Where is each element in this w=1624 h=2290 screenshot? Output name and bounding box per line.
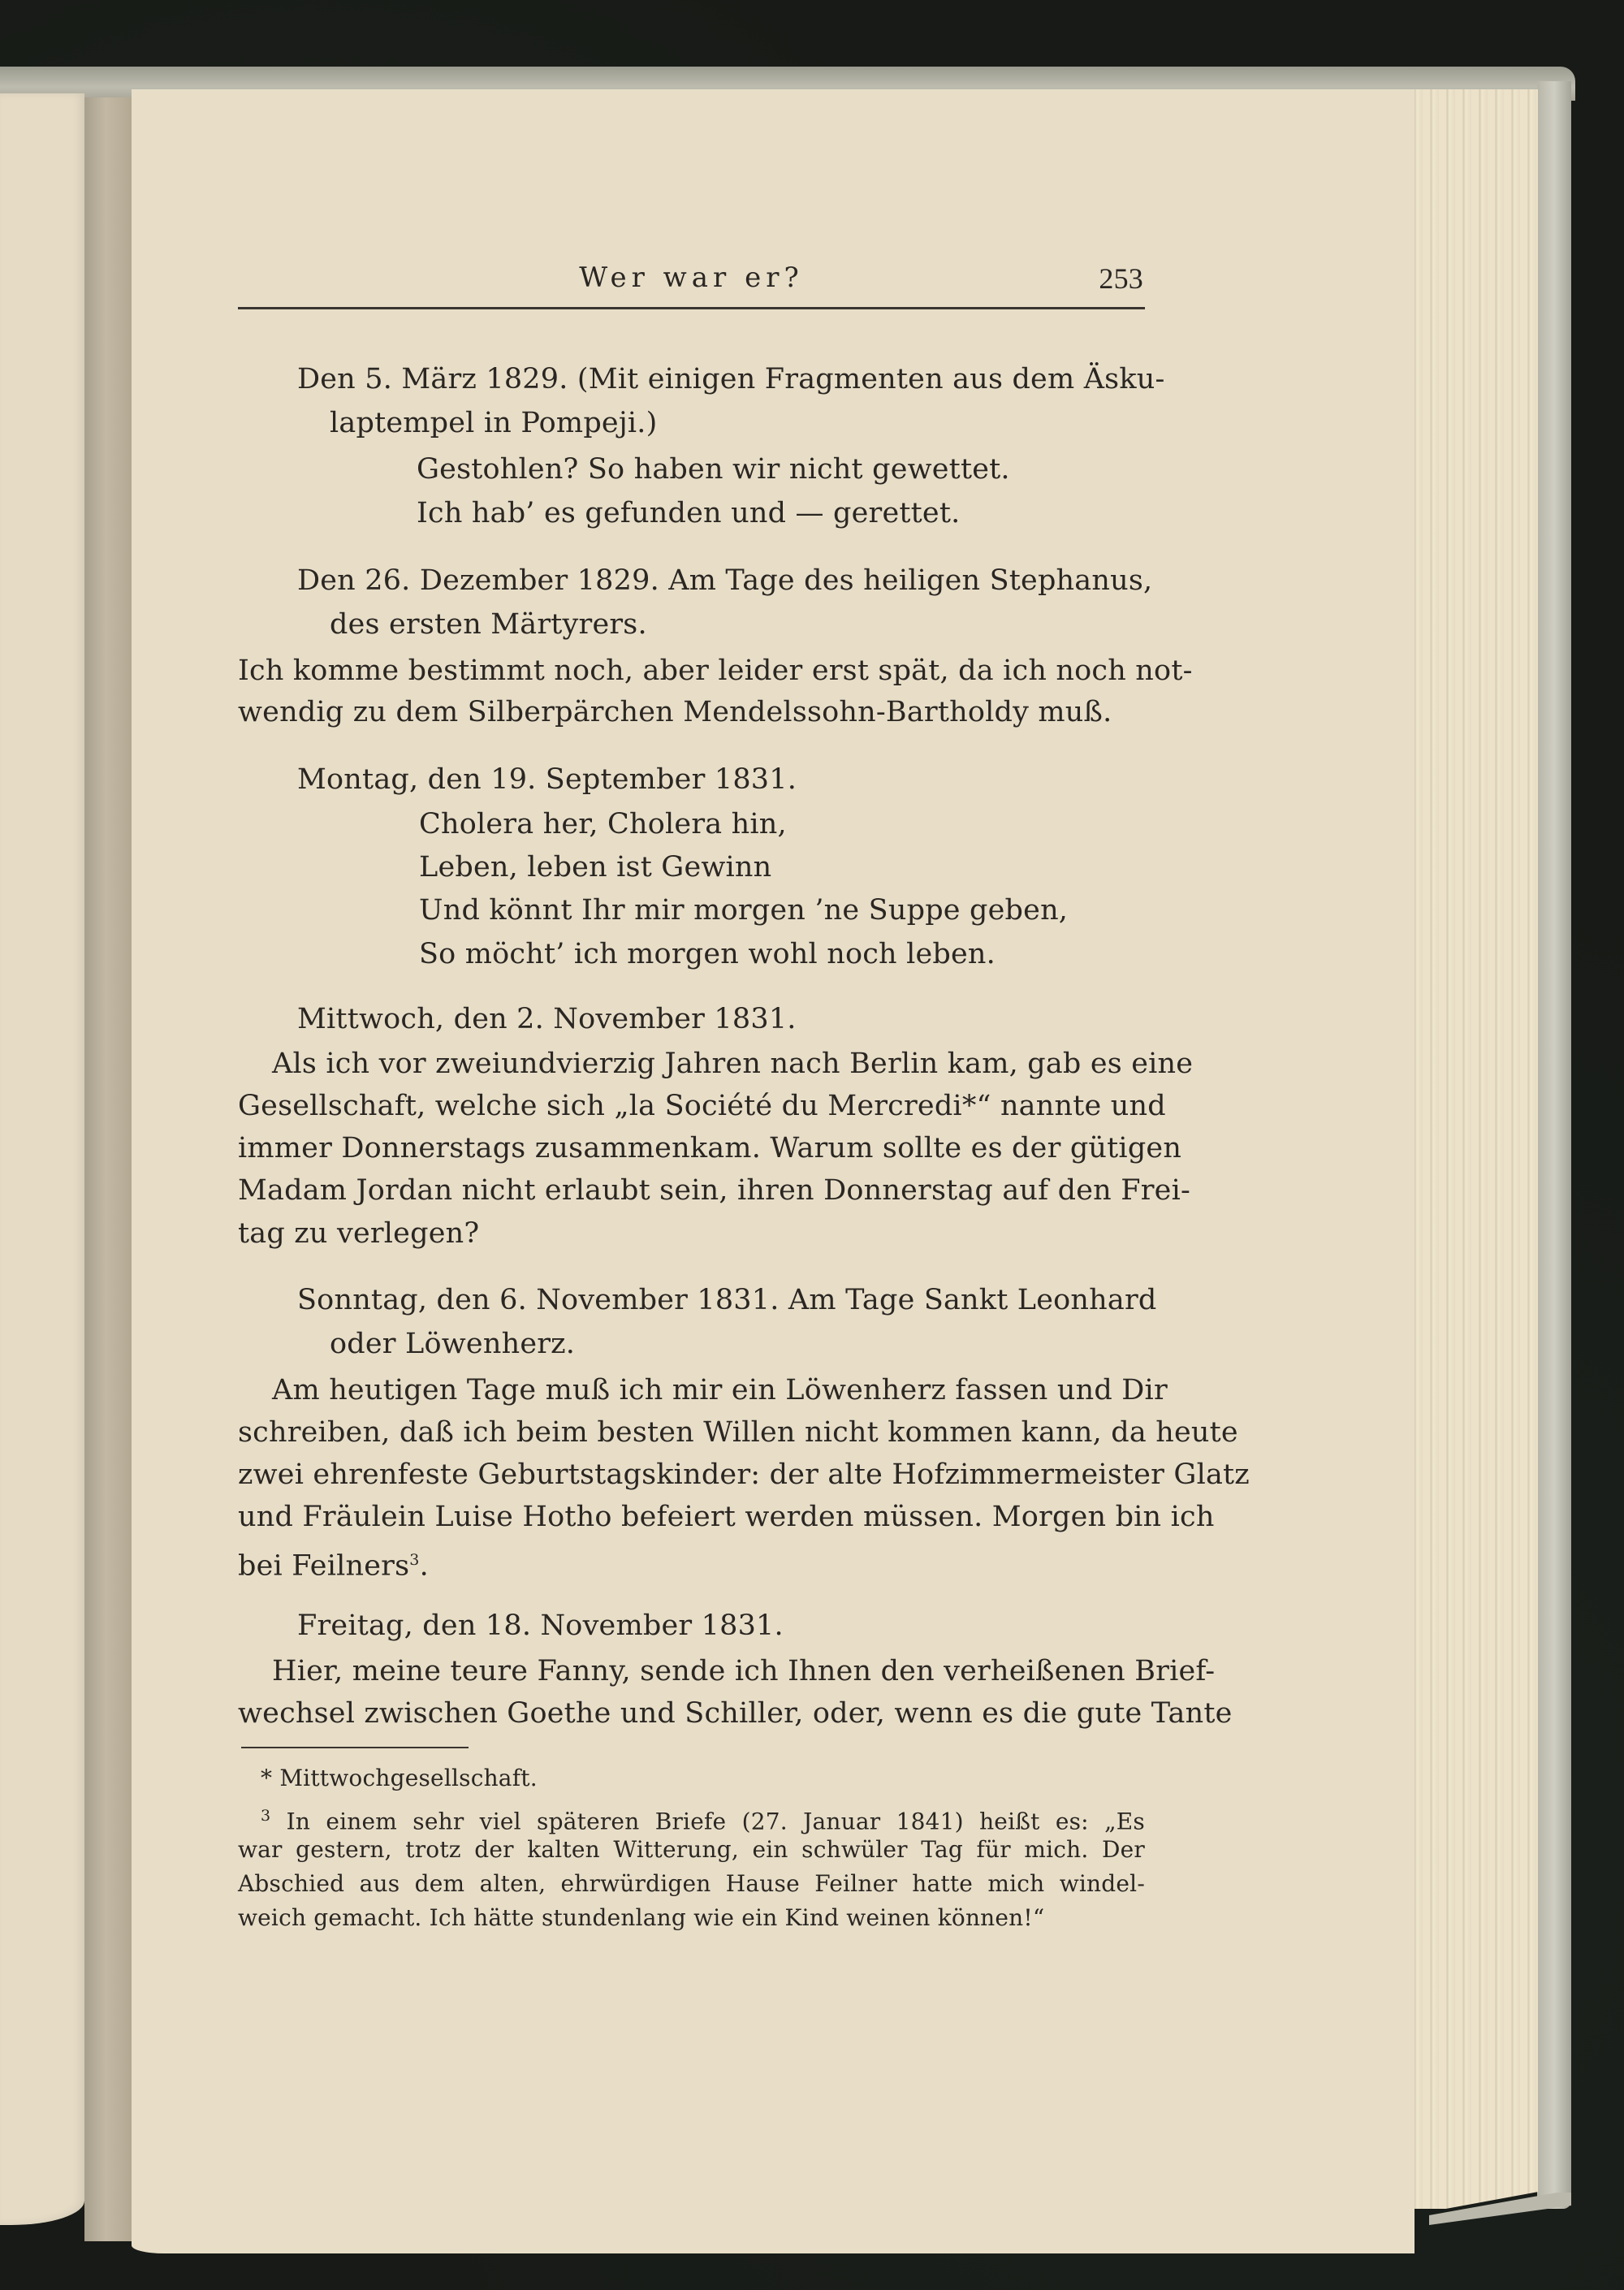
- verse-line: Und könnt Ihr mir morgen ’ne Suppe geben…: [419, 890, 1068, 931]
- body-line: schreiben, daß ich beim besten Willen ni…: [238, 1412, 1145, 1453]
- footnote-line: weich gemacht. Ich hätte stundenlang wie…: [238, 1902, 1044, 1934]
- body-line: tag zu verlegen?: [238, 1213, 479, 1254]
- verse-line: So möcht’ ich morgen wohl noch leben.: [419, 934, 996, 974]
- body-line: bei Feilners3.: [238, 1540, 429, 1587]
- punctuation: .: [420, 1550, 429, 1583]
- footnote-text: In einem sehr viel späteren Briefe (27. …: [287, 1808, 1145, 1834]
- entry-heading: Den 5. März 1829. (Mit einigen Fragmente…: [297, 359, 1145, 400]
- body-line: Gesellschaft, welche sich „la Société du…: [238, 1086, 1145, 1126]
- book-gutter: [84, 97, 132, 2241]
- page-block-edge: [1406, 89, 1538, 2209]
- verse-line: Gestohlen? So haben wir nicht gewettet.: [417, 449, 1010, 490]
- body-line: und Fräulein Luise Hotho befeiert werden…: [238, 1497, 1145, 1537]
- body-line: Ich komme bestimmt noch, aber leider ers…: [238, 650, 1145, 691]
- entry-heading: Den 26. Dezember 1829. Am Tage des heili…: [297, 560, 1145, 601]
- body-line: wechsel zwischen Goethe und Schiller, od…: [238, 1693, 1145, 1734]
- entry-heading: laptempel in Pompeji.): [330, 403, 657, 443]
- verse-line: Leben, leben ist Gewinn: [419, 847, 771, 888]
- footnote-marker: 3: [261, 1807, 270, 1825]
- facing-page-edge: [0, 93, 84, 2225]
- footnote-separator: [241, 1747, 469, 1748]
- entry-heading: des ersten Märtyrers.: [330, 604, 647, 645]
- body-line: immer Donnerstags zusammenkam. Warum sol…: [238, 1128, 1145, 1169]
- running-title: Wer war er?: [238, 261, 1145, 294]
- verse-line: Ich hab’ es gefunden und — gerettet.: [417, 493, 960, 534]
- running-header: Wer war er? 253: [238, 261, 1145, 309]
- footnote: * Mittwochgesellschaft.: [261, 1762, 538, 1795]
- footnote: 3 In einem sehr viel späteren Briefe (27…: [261, 1800, 1145, 1838]
- entry-heading: Freitag, den 18. November 1831.: [297, 1605, 784, 1646]
- entry-heading: Montag, den 19. September 1831.: [297, 759, 797, 800]
- body-line: Als ich vor zweiundvierzig Jahren nach B…: [272, 1043, 1145, 1084]
- footnote-line: war gestern, trotz der kalten Witterung,…: [238, 1834, 1145, 1866]
- page-number: 253: [1099, 261, 1143, 296]
- footnote-reference[interactable]: 3: [409, 1551, 419, 1569]
- body-line: wendig zu dem Silberpärchen Mendelssohn-…: [238, 692, 1112, 732]
- body-line: zwei ehrenfeste Geburtstagskinder: der a…: [238, 1454, 1145, 1495]
- entry-heading: Sonntag, den 6. November 1831. Am Tage S…: [297, 1280, 1145, 1320]
- body-text: bei Feilners: [238, 1550, 409, 1583]
- verse-line: Cholera her, Cholera hin,: [419, 804, 787, 845]
- footnote-text: Mittwochgesellschaft.: [279, 1765, 538, 1791]
- footnote-marker: *: [261, 1765, 272, 1791]
- footnote-line: Abschied aus dem alten, ehrwürdigen Haus…: [238, 1868, 1145, 1900]
- entry-heading: oder Löwenherz.: [330, 1324, 575, 1364]
- body-line: Am heutigen Tage muß ich mir ein Löwenhe…: [272, 1370, 1145, 1411]
- body-line: Madam Jordan nicht erlaubt sein, ihren D…: [238, 1170, 1145, 1211]
- book-cover-edge: [1537, 81, 1571, 2209]
- entry-heading: Mittwoch, den 2. November 1831.: [297, 999, 797, 1039]
- body-line: Hier, meine teure Fanny, sende ich Ihnen…: [272, 1651, 1145, 1692]
